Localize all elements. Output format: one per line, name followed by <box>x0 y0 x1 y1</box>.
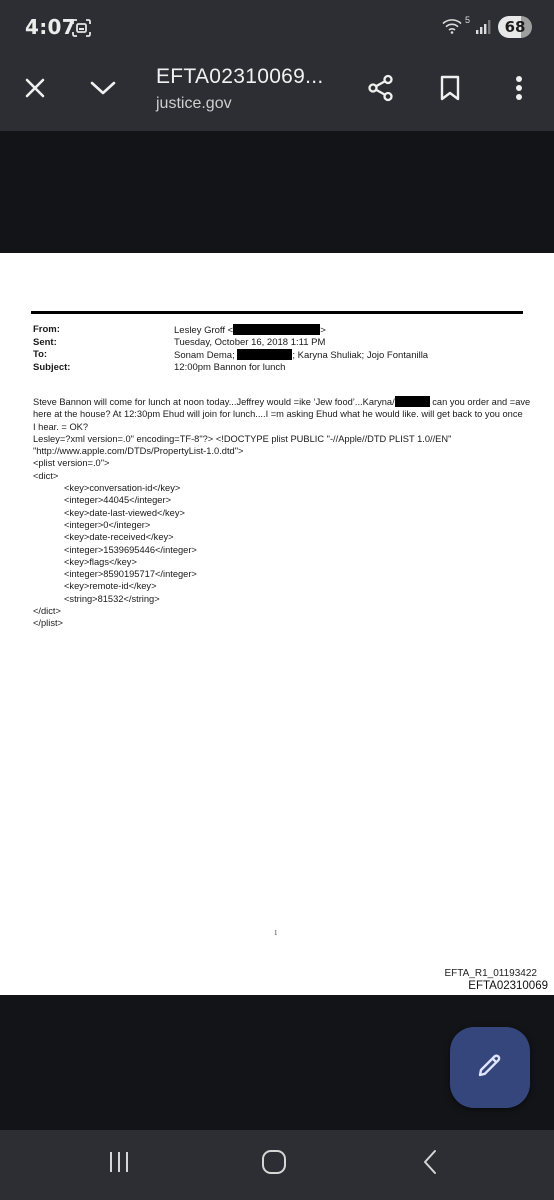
email-header-values: Lesley Groff <> Tuesday, October 16, 201… <box>174 324 428 374</box>
redaction-box <box>233 324 320 335</box>
plist-entry: <integer>44045</integer> <box>33 494 533 506</box>
close-icon <box>24 77 46 104</box>
pdf-page[interactable]: From: Sent: To: Subject: Lesley Groff <>… <box>0 253 554 995</box>
system-nav-bar <box>0 1130 554 1200</box>
bates-reference-2: EFTA02310069 <box>468 980 548 992</box>
wifi-generation-label: 5 <box>465 15 470 25</box>
app-bar: EFTA02310069... justice.gov <box>0 52 554 131</box>
body-line: </dict> <box>33 605 533 617</box>
sent-value: Tuesday, October 16, 2018 1:11 PM <box>174 337 428 350</box>
title-block: EFTA02310069... justice.gov <box>156 65 324 113</box>
from-name: Lesley Groff < <box>174 325 233 336</box>
body-line: I hear. = OK? <box>33 421 533 433</box>
body-text-segment: can you order and =ave <box>430 397 531 407</box>
from-suffix: > <box>320 325 326 336</box>
body-line: <dict> <box>33 470 533 482</box>
body-line: <plist version=.0"> <box>33 457 533 469</box>
edit-fab-button[interactable] <box>450 1027 530 1108</box>
status-bar: 4:07 5 <box>0 0 554 52</box>
plist-entry: <key>conversation-id</key> <box>33 482 533 494</box>
body-line: Lesley=?xml version=.0" encoding=TF-8"?>… <box>33 433 533 445</box>
minimize-button[interactable] <box>81 68 125 112</box>
body-text-segment: Steve Bannon will come for lunch at noon… <box>33 397 395 407</box>
plist-entry: <integer>8590195717</integer> <box>33 568 533 580</box>
home-button[interactable] <box>252 1146 296 1182</box>
screenshot-icon <box>72 19 91 37</box>
to-suffix: ; Karyna Shuliak; Jojo Fontanilla <box>292 350 428 361</box>
bookmark-button[interactable] <box>428 68 472 112</box>
share-icon <box>367 74 395 107</box>
home-icon <box>261 1149 287 1180</box>
recents-icon <box>107 1151 131 1178</box>
plist-entry: <key>remote-id</key> <box>33 580 533 592</box>
signal-icon <box>476 20 492 34</box>
edit-pencil-icon <box>476 1051 504 1084</box>
email-header-labels: From: Sent: To: Subject: <box>33 324 70 374</box>
bookmark-icon <box>440 75 460 106</box>
status-time: 4:07 <box>25 15 76 39</box>
document-source: justice.gov <box>156 95 324 113</box>
label-sent: Sent: <box>33 337 70 350</box>
battery-indicator: 68 <box>498 16 532 38</box>
plist-entry: <integer>1539695446</integer> <box>33 544 533 556</box>
recents-button[interactable] <box>97 1146 141 1182</box>
bates-reference-1: EFTA_R1_01193422 <box>445 968 537 979</box>
back-icon <box>422 1149 438 1180</box>
body-line: Steve Bannon will come for lunch at noon… <box>33 396 533 408</box>
close-button[interactable] <box>13 68 57 112</box>
label-subject: Subject: <box>33 362 70 375</box>
plist-entry: <integer>0</integer> <box>33 519 533 531</box>
more-vert-icon <box>515 75 523 106</box>
document-title: EFTA02310069... <box>156 65 324 89</box>
body-line: </plist> <box>33 617 533 629</box>
chevron-down-icon <box>90 80 116 101</box>
body-line: here at the house? At 12:30pm Ehud will … <box>33 408 533 420</box>
top-bar: 4:07 5 <box>0 0 554 131</box>
plist-entry: <key>date-last-viewed</key> <box>33 507 533 519</box>
label-from: From: <box>33 324 70 337</box>
from-value: Lesley Groff <> <box>174 324 428 337</box>
redaction-box <box>395 396 430 407</box>
subject-value: 12:00pm Bannon for lunch <box>174 362 428 375</box>
plist-entry: <string>81532</string> <box>33 593 533 605</box>
label-to: To: <box>33 349 70 362</box>
email-body: Steve Bannon will come for lunch at noon… <box>33 396 533 630</box>
body-line: "http://www.apple.com/DTDs/PropertyList-… <box>33 445 533 457</box>
redaction-box <box>237 349 292 360</box>
more-options-button[interactable] <box>497 68 541 112</box>
header-rule <box>31 311 523 314</box>
back-button[interactable] <box>408 1146 452 1182</box>
to-prefix: Sonam Dema; <box>174 350 235 361</box>
plist-entry: <key>date-received</key> <box>33 531 533 543</box>
share-button[interactable] <box>359 68 403 112</box>
page-number: 1 <box>274 929 278 937</box>
to-value: Sonam Dema; ; Karyna Shuliak; Jojo Fonta… <box>174 349 428 362</box>
wifi-icon: 5 <box>442 18 464 36</box>
plist-entry: <key>flags</key> <box>33 556 533 568</box>
